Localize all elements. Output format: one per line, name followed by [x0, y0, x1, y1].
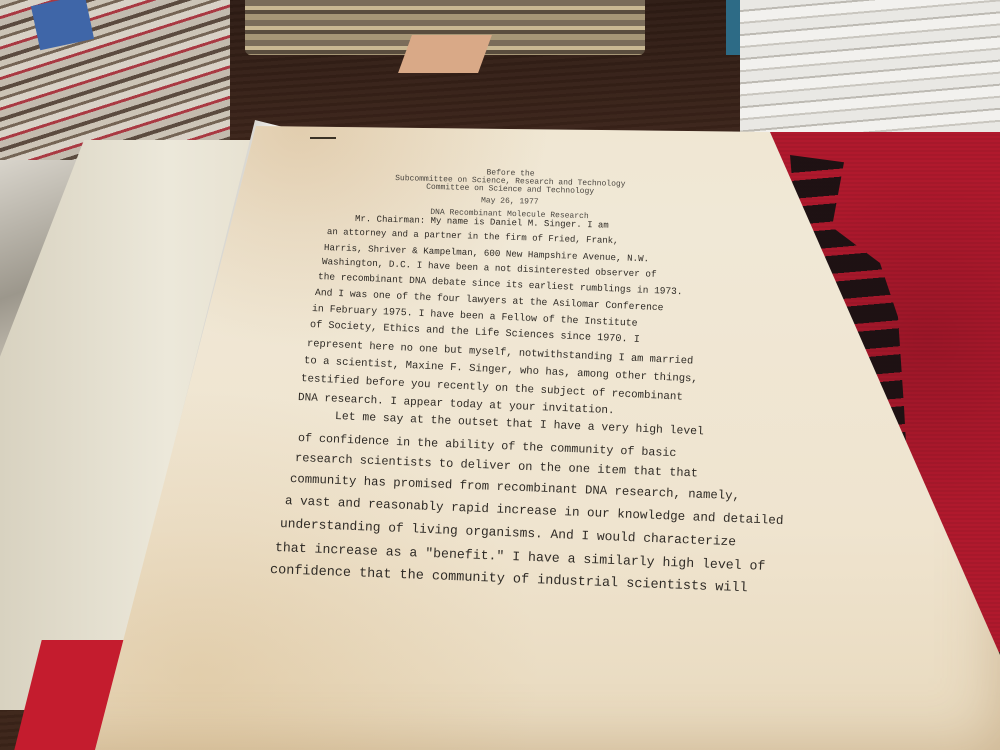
- newspaper-pile-right: [740, 0, 1000, 132]
- envelope: [398, 35, 492, 73]
- page-top-dash: [310, 137, 336, 139]
